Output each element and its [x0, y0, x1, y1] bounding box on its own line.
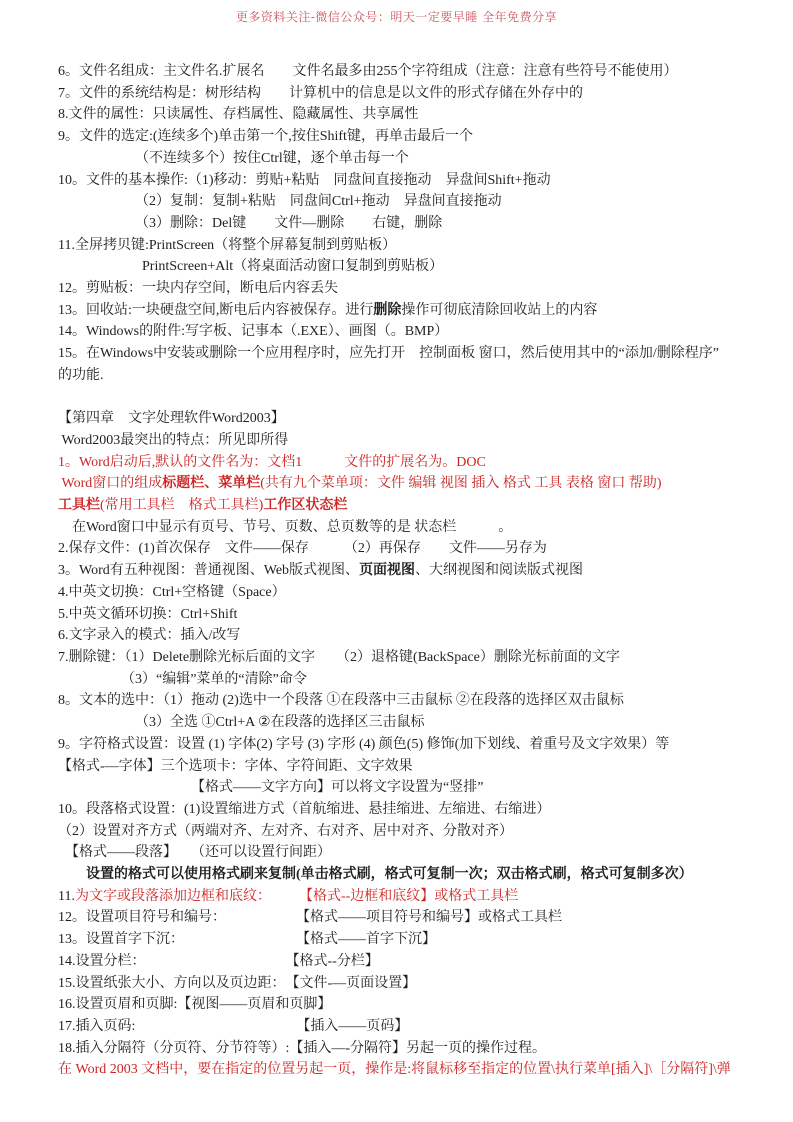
text-segment: 18.插入分隔符（分页符、分节符等）:【插入—-分隔符】另起一页的操作过程。: [58, 1041, 546, 1056]
document-line: PrintScreen+Alt（将桌面活动窗口复制到剪贴板）: [58, 256, 753, 278]
document-line: 设置的格式可以使用格式刷来复制(单击格式刷，格式可复制一次；双击格式刷，格式可复…: [58, 864, 753, 886]
document-line: 8。文本的选中：（1）拖动 (2)选中一个段落 ①在段落中三击鼠标 ②在段落的选…: [58, 690, 753, 712]
text-segment: 8。文本的选中：（1）拖动 (2)选中一个段落 ①在段落中三击鼠标 ②在段落的选…: [58, 693, 624, 708]
document-line: 10。段落格式设置：(1)设置缩进方式（首航缩进、悬挂缩进、左缩进、右缩进）: [58, 799, 753, 821]
document-line: 18.插入分隔符（分页符、分节符等）:【插入—-分隔符】另起一页的操作过程。: [58, 1038, 753, 1060]
document-line: 6.文字录入的模式：插入/改写: [58, 625, 753, 647]
page-header-note: 更多资料关注-微信公众号：明天一定要早睡 全年免费分享: [0, 0, 793, 25]
text-segment: 10。段落格式设置：(1)设置缩进方式（首航缩进、悬挂缩进、左缩进、右缩进）: [58, 802, 550, 817]
text-segment: （3）删除：Del键 文件—删除 右键，删除: [58, 216, 442, 231]
document-line: 5.中英文循环切换：Ctrl+Shift: [58, 604, 753, 626]
text-segment: 7。文件的系统结构是：树形结构 计算机中的信息是以文件的形式存储在外存中的: [58, 86, 583, 101]
document-line: 10。文件的基本操作:（1)移动：剪贴+粘贴 同盘间直接拖动 异盘间Shift+…: [58, 170, 753, 192]
document-content: 6。文件名组成：主文件名.扩展名 文件名最多由255个字符组成（注意：注意有些符…: [0, 25, 793, 1081]
text-segment: 、大纲视图和阅读版式视图: [415, 563, 583, 578]
text-segment: (常用工具栏 格式工具栏): [100, 498, 263, 513]
document-line: 9。字符格式设置：设置 (1) 字体(2) 字号 (3) 字形 (4) 颜色(5…: [58, 734, 753, 756]
document-line: 在 Word 2003 文档中，要在指定的位置另起一页，操作是:将鼠标移至指定的…: [58, 1059, 753, 1081]
text-segment: （3）全选 ①Ctrl+A ②在段落的选择区三击鼠标: [58, 715, 425, 730]
text-segment: PrintScreen+Alt（将桌面活动窗口复制到剪贴板）: [58, 259, 443, 274]
document-line: 7。文件的系统结构是：树形结构 计算机中的信息是以文件的形式存储在外存中的: [58, 83, 753, 105]
text-segment: Word2003最突出的特点：所见即所得: [58, 433, 288, 448]
document-line: 【格式-—字体】三个选项卡：字体、字符间距、文字效果: [58, 756, 753, 778]
document-line: 16.设置页眉和页脚:【视图——页眉和页脚】: [58, 994, 753, 1016]
document-line: 12。设置项目符号和编号： 【格式——项目符号和编号】或格式工具栏: [58, 907, 753, 929]
text-segment: Word窗口的组成: [58, 476, 162, 491]
document-line: 14。Windows的附件:写字板、记事本（.EXE）、画图（。BMP）: [58, 321, 753, 343]
text-segment: （2）复制：复制+粘贴 同盘间Ctrl+拖动 异盘间直接拖动: [58, 194, 502, 209]
text-segment: 10。文件的基本操作:（1)移动：剪贴+粘贴 同盘间直接拖动 异盘间Shift+…: [58, 173, 551, 188]
document-line: 3。Word有五种视图：普通视图、Web版式视图、页面视图、大纲视图和阅读版式视…: [58, 560, 753, 582]
text-segment: 14.设置分栏： 【格式--分栏】: [58, 954, 379, 969]
text-segment: 2.保存文件：(1)首次保存 文件——保存 （2）再保存 文件——另存为: [58, 541, 547, 556]
text-segment: 1。Word启动后,默认的文件名为：文档1 文件的扩展名为。DOC: [58, 455, 486, 470]
text-segment: 13。设置首字下沉： 【格式——首字下沉】: [58, 932, 436, 947]
text-segment: 11.全屏拷贝键:PrintScreen（将整个屏幕复制到剪贴板）: [58, 238, 396, 253]
text-segment: 操作可彻底清除回收站上的内容: [401, 303, 597, 318]
document-line: 15。在Windows中安装或删除一个应用程序时，应先打开 控制面板 窗口，然后…: [58, 343, 753, 365]
text-segment: 9。字符格式设置：设置 (1) 字体(2) 字号 (3) 字形 (4) 颜色(5…: [58, 737, 669, 752]
document-line: 【格式——段落】 （还可以设置行间距）: [58, 842, 753, 864]
document-line: 13。回收站:一块硬盘空间,断电后内容被保存。进行删除操作可彻底清除回收站上的内…: [58, 300, 753, 322]
text-segment: （不连续多个）按住Ctrl键，逐个单击每一个: [58, 151, 409, 166]
document-line: （3）删除：Del键 文件—删除 右键，删除: [58, 213, 753, 235]
document-line: （2）设置对齐方式（两端对齐、左对齐、右对齐、居中对齐、分散对齐）: [58, 821, 753, 843]
document-line: 13。设置首字下沉： 【格式——首字下沉】: [58, 929, 753, 951]
text-segment: 6.文字录入的模式：插入/改写: [58, 628, 240, 643]
document-line: 15.设置纸张大小、方向以及页边距： 【文件-—页面设置】: [58, 973, 753, 995]
document-line: 12。剪贴板：一块内存空间，断电后内容丢失: [58, 278, 753, 300]
text-segment: 5.中英文循环切换：Ctrl+Shift: [58, 607, 237, 622]
document-line: 【格式——文字方向】可以将文字设置为“竖排”: [58, 777, 753, 799]
document-line: （2）复制：复制+粘贴 同盘间Ctrl+拖动 异盘间直接拖动: [58, 191, 753, 213]
text-segment: （2）设置对齐方式（两端对齐、左对齐、右对齐、居中对齐、分散对齐）: [58, 824, 513, 839]
document-line: （不连续多个）按住Ctrl键，逐个单击每一个: [58, 148, 753, 170]
text-segment: (共有九个菜单项：文件 编辑 视图 插入 格式 工具 表格 窗口 帮助): [260, 476, 661, 491]
text-segment: 14。Windows的附件:写字板、记事本（.EXE）、画图（。BMP）: [58, 324, 448, 339]
text-segment: 16.设置页眉和页脚:【视图——页眉和页脚】: [58, 997, 331, 1012]
document-line: 4.中英文切换：Ctrl+空格键（Space）: [58, 582, 753, 604]
text-segment: 11.: [58, 889, 75, 904]
text-segment: 在Word窗口中显示有页号、节号、页数、总页数等的是 状态栏 。: [58, 520, 512, 535]
text-segment: 工具栏: [58, 498, 100, 513]
text-segment: 15.设置纸张大小、方向以及页边距： 【文件-—页面设置】: [58, 976, 416, 991]
document-line: Word2003最突出的特点：所见即所得: [58, 430, 753, 452]
document-line: （3）全选 ①Ctrl+A ②在段落的选择区三击鼠标: [58, 712, 753, 734]
document-line: 的功能.: [58, 365, 753, 387]
document-page: 更多资料关注-微信公众号：明天一定要早睡 全年免费分享 6。文件名组成：主文件名…: [0, 0, 793, 1122]
document-line: 在Word窗口中显示有页号、节号、页数、总页数等的是 状态栏 。: [58, 517, 753, 539]
text-segment: 设置的格式可以使用格式刷来复制(单击格式刷，格式可复制一次；双击格式刷，格式可复…: [58, 867, 693, 882]
text-segment: 15。在Windows中安装或删除一个应用程序时，应先打开 控制面板 窗口，然后…: [58, 346, 719, 361]
text-segment: 【格式——文字方向】可以将文字设置为“竖排”: [58, 780, 483, 795]
document-line: 7.删除键：（1）Delete删除光标后面的文字 （2）退格键(BackSpac…: [58, 647, 753, 669]
document-line: 14.设置分栏： 【格式--分栏】: [58, 951, 753, 973]
text-segment: 9。文件的选定:(连续多个)单击第一个,按住Shift键，再单击最后一个: [58, 129, 473, 144]
text-segment: 13。回收站:一块硬盘空间,断电后内容被保存。进行: [58, 303, 373, 318]
document-line: 11.全屏拷贝键:PrintScreen（将整个屏幕复制到剪贴板）: [58, 235, 753, 257]
document-line: 11.为文字或段落添加边框和底纹： 【格式--边框和底纹】或格式工具栏: [58, 886, 753, 908]
document-line: 8.文件的属性：只读属性、存档属性、隐藏属性、共享属性: [58, 104, 753, 126]
text-segment: （3）“编辑”菜单的“清除”命令: [58, 672, 307, 687]
text-segment: 工作区状态栏: [263, 498, 347, 513]
text-segment: 7.删除键：（1）Delete删除光标后面的文字 （2）退格键(BackSpac…: [58, 650, 620, 665]
document-line: 9。文件的选定:(连续多个)单击第一个,按住Shift键，再单击最后一个: [58, 126, 753, 148]
text-segment: 在 Word 2003 文档中，要在指定的位置另起一页，操作是:将鼠标移至指定的…: [58, 1062, 731, 1077]
text-segment: 【格式-—字体】三个选项卡：字体、字符间距、文字效果: [58, 759, 413, 774]
text-segment: 17.插入页码: 【插入——页码】: [58, 1019, 408, 1034]
text-segment: 3。Word有五种视图：普通视图、Web版式视图、: [58, 563, 359, 578]
document-line: 6。文件名组成：主文件名.扩展名 文件名最多由255个字符组成（注意：注意有些符…: [58, 61, 753, 83]
text-segment: 为文字或段落添加边框和底纹： 【格式--边框和底纹】或格式工具栏: [75, 889, 518, 904]
text-segment: 【格式——段落】 （还可以设置行间距）: [58, 845, 331, 860]
document-line: （3）“编辑”菜单的“清除”命令: [58, 669, 753, 691]
document-line: 1。Word启动后,默认的文件名为：文档1 文件的扩展名为。DOC: [58, 452, 753, 474]
text-segment: 6。文件名组成：主文件名.扩展名 文件名最多由255个字符组成（注意：注意有些符…: [58, 64, 678, 79]
document-line: 【第四章 文字处理软件Word2003】: [58, 408, 753, 430]
document-line: 2.保存文件：(1)首次保存 文件——保存 （2）再保存 文件——另存为: [58, 538, 753, 560]
document-line: 17.插入页码: 【插入——页码】: [58, 1016, 753, 1038]
document-line: Word窗口的组成标题栏、菜单栏(共有九个菜单项：文件 编辑 视图 插入 格式 …: [58, 473, 753, 495]
text-segment: 12。设置项目符号和编号： 【格式——项目符号和编号】或格式工具栏: [58, 910, 562, 925]
text-segment: 8.文件的属性：只读属性、存档属性、隐藏属性、共享属性: [58, 107, 419, 122]
text-segment: 标题栏、菜单栏: [162, 476, 260, 491]
text-segment: 4.中英文切换：Ctrl+空格键（Space）: [58, 585, 286, 600]
document-line: [58, 387, 753, 409]
text-segment: 删除: [373, 303, 401, 318]
text-segment: 的功能.: [58, 368, 104, 383]
text-segment: 页面视图: [359, 563, 415, 578]
text-segment: 【第四章 文字处理软件Word2003】: [58, 411, 285, 426]
document-line: 工具栏(常用工具栏 格式工具栏)工作区状态栏: [58, 495, 753, 517]
text-segment: 12。剪贴板：一块内存空间，断电后内容丢失: [58, 281, 338, 296]
